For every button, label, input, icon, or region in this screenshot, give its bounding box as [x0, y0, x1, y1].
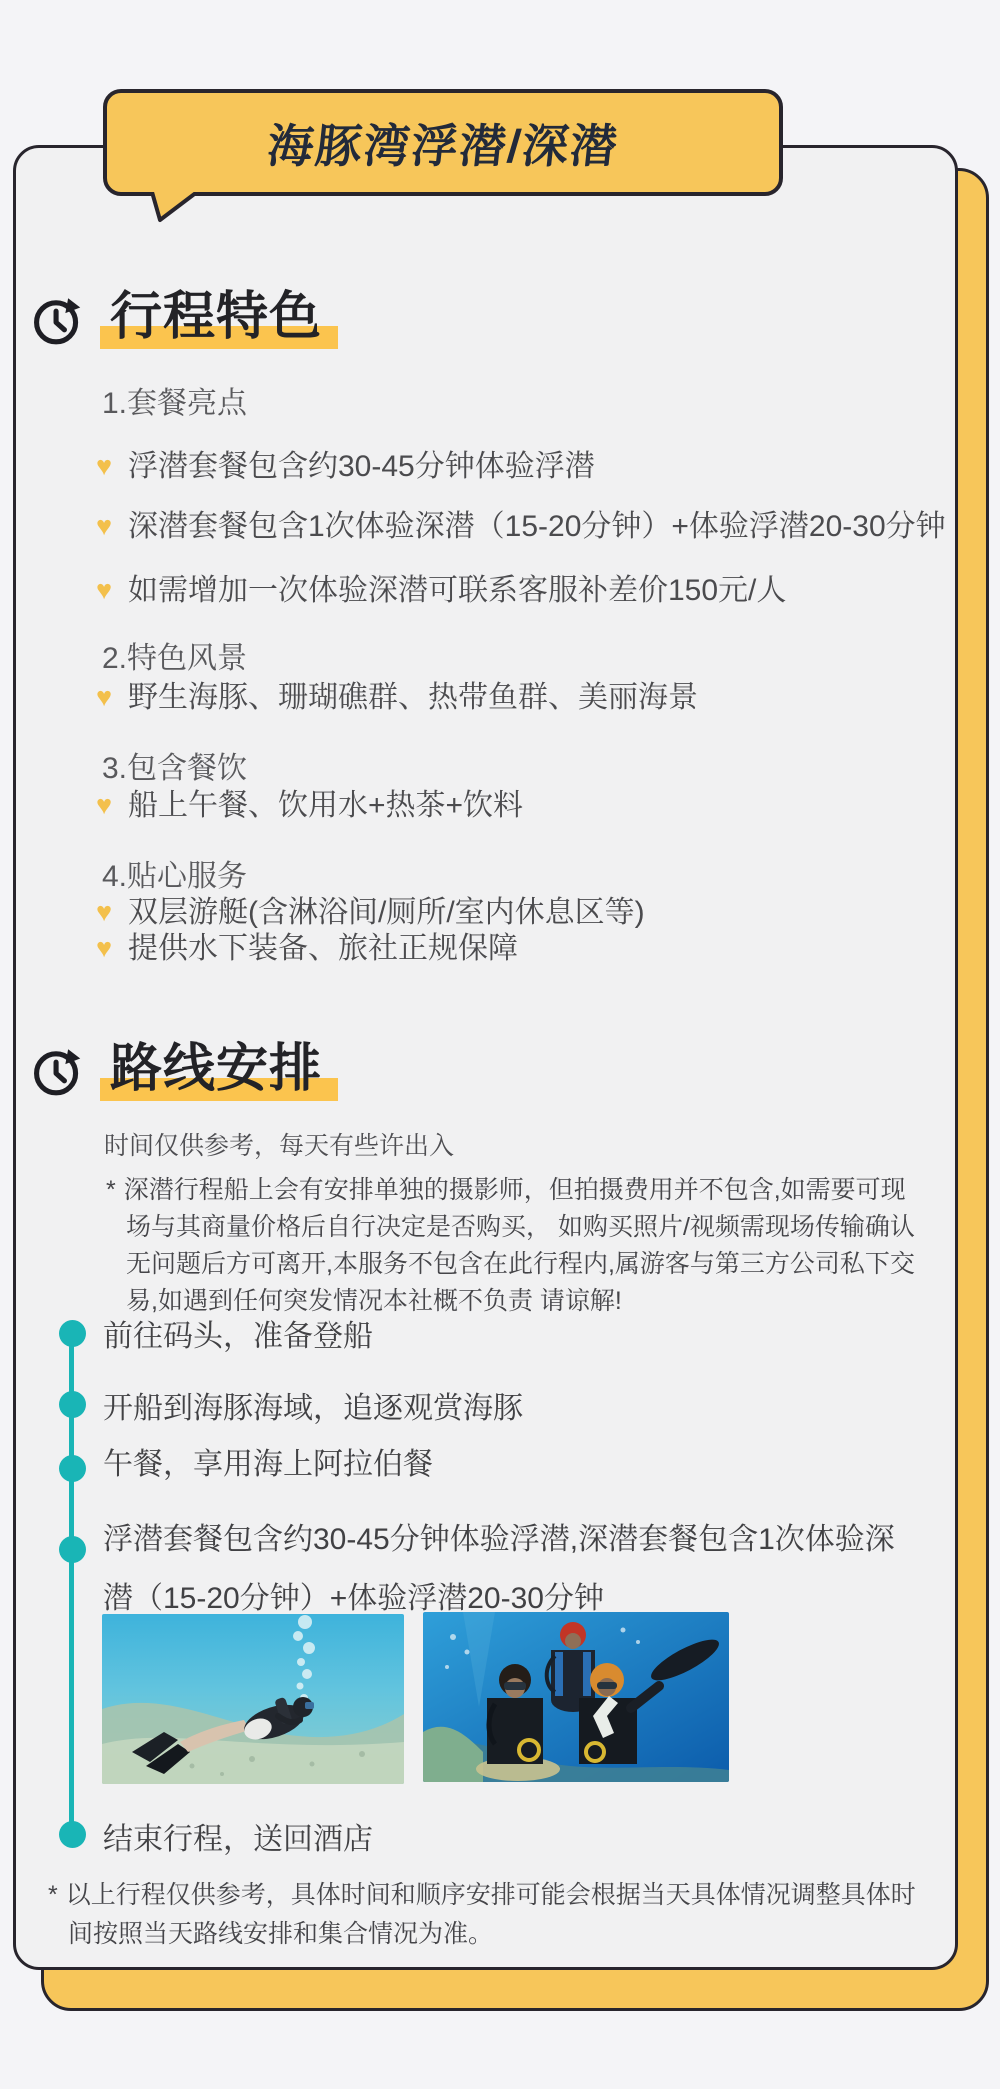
feature-item-text: 双层游艇(含淋浴间/厕所/室内休息区等) — [128, 894, 645, 932]
timeline-dot — [59, 1455, 86, 1482]
timeline-step: 浮潜套餐包含约30-45分钟体验浮潜,深潜套餐包含1次体验深潜（15-20分钟）… — [103, 1510, 915, 1628]
feature-item: ♥ 深潜套餐包含1次体验深潜（15-20分钟）+体验浮潜20-30分钟 — [96, 508, 946, 546]
feature-group-label: 4.贴心服务 — [102, 851, 247, 895]
timeline-step: 午餐，享用海上阿拉伯餐 — [103, 1445, 433, 1485]
timeline-dot — [59, 1391, 86, 1418]
feature-group-label: 2.特色风景 — [102, 633, 247, 677]
timeline-dot — [59, 1536, 86, 1563]
title-bubble: 海豚湾浮潜/深潜 — [103, 89, 783, 196]
itinerary-poster: 海豚湾浮潜/深潜 行程特色 1.套餐亮点 ♥ 浮潜套餐包含约30-45分钟体验浮… — [0, 0, 1000, 2089]
feature-item-text: 船上午餐、饮用水+热茶+饮料 — [128, 787, 523, 825]
feature-group-label: 3.包含餐饮 — [102, 743, 247, 787]
feature-group-label: 1.套餐亮点 — [102, 378, 247, 422]
speech-bubble-tail — [149, 192, 205, 224]
route-note: 时间仅供参考，每天有些许出入 — [104, 1126, 454, 1162]
heart-icon: ♥ — [96, 508, 128, 544]
feature-item: ♥ 双层游艇(含淋浴间/厕所/室内休息区等) — [96, 894, 645, 932]
timeline-dot — [59, 1320, 86, 1347]
heart-icon: ♥ — [96, 448, 128, 484]
feature-item: ♥ 如需增加一次体验深潜可联系客服补差价150元/人 — [96, 572, 786, 610]
timeline-dot — [59, 1821, 86, 1848]
heart-icon: ♥ — [96, 572, 128, 608]
footer-note-text: 以上行程仅供参考，具体时间和顺序安排可能会根据当天具体情况调整具体时间按照当天路… — [66, 1881, 916, 1948]
asterisk-marker: * — [106, 1176, 116, 1204]
heart-icon: ♥ — [96, 894, 128, 930]
history-clock-icon — [31, 1044, 83, 1099]
timeline-step: 结束行程，送回酒店 — [103, 1820, 373, 1860]
feature-item: ♥ 提供水下装备、旅社正规保障 — [96, 930, 518, 968]
feature-item: ♥ 船上午餐、饮用水+热茶+饮料 — [96, 787, 523, 825]
divers-group-photo — [423, 1612, 729, 1782]
footer-note: *以上行程仅供参考，具体时间和顺序安排可能会根据当天具体情况调整具体时间按照当天… — [48, 1876, 920, 1954]
feature-item-text: 浮潜套餐包含约30-45分钟体验浮潜 — [128, 448, 595, 486]
heart-icon: ♥ — [96, 930, 128, 966]
route-disclaimer: *深潜行程船上会有安排单独的摄影师，但拍摄费用并不包含,如需要可现场与其商量价格… — [106, 1172, 930, 1320]
underwater-diver-photo — [102, 1614, 404, 1784]
timeline-step: 开船到海豚海域，追逐观赏海豚 — [103, 1389, 523, 1429]
section-heading-route: 路线安排 — [100, 1037, 338, 1101]
feature-item-text: 野生海豚、珊瑚礁群、热带鱼群、美丽海景 — [128, 679, 698, 717]
feature-item-text: 如需增加一次体验深潜可联系客服补差价150元/人 — [128, 572, 786, 610]
route-disclaimer-text: 深潜行程船上会有安排单独的摄影师，但拍摄费用并不包含,如需要可现场与其商量价格后… — [124, 1176, 915, 1315]
feature-item: ♥ 野生海豚、珊瑚礁群、热带鱼群、美丽海景 — [96, 679, 698, 717]
heart-icon: ♥ — [96, 679, 128, 715]
feature-item: ♥ 浮潜套餐包含约30-45分钟体验浮潜 — [96, 448, 595, 486]
feature-item-text: 深潜套餐包含1次体验深潜（15-20分钟）+体验浮潜20-30分钟 — [128, 508, 946, 546]
history-clock-icon — [31, 293, 83, 348]
section-heading-features: 行程特色 — [100, 285, 338, 349]
timeline-step: 前往码头，准备登船 — [103, 1317, 373, 1357]
feature-item-text: 提供水下装备、旅社正规保障 — [128, 930, 518, 968]
page-title: 海豚湾浮潜/深潜 — [264, 110, 622, 176]
asterisk-marker: * — [48, 1881, 58, 1909]
heart-icon: ♥ — [96, 787, 128, 823]
